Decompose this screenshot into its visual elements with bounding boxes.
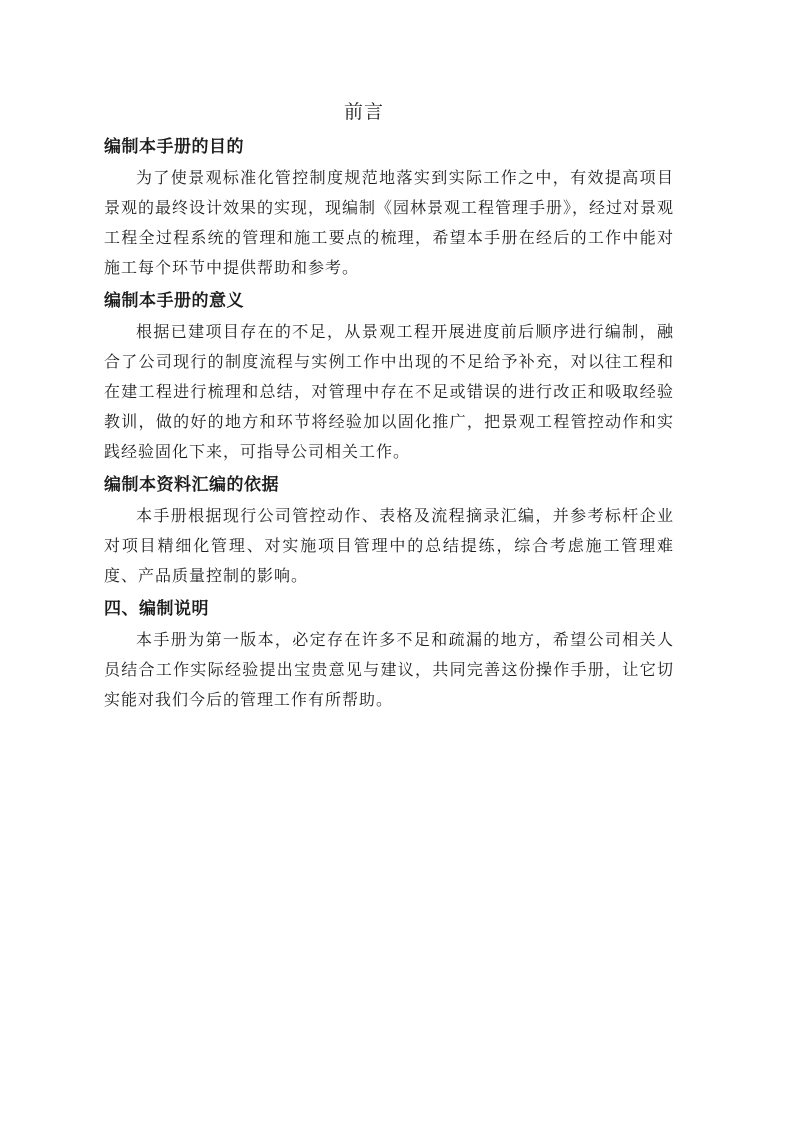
section-notes: 四、编制说明 本手册为第一版本，必定存在许多不足和疏漏的地方，希望公司相关人员结…: [104, 594, 674, 716]
document-title: 前言: [79, 98, 649, 128]
section-purpose: 编制本手册的目的 为了使景观标准化管控制度规范地落实到实际工作之中，有效提高项目…: [104, 132, 674, 284]
section-heading-notes: 四、编制说明: [104, 594, 674, 624]
section-heading-significance: 编制本手册的意义: [104, 286, 674, 316]
section-body-significance: 根据已建项目存在的不足，从景观工程开展进度前后顺序进行编制，融合了公司现行的制度…: [104, 318, 674, 468]
document-page: 前言 编制本手册的目的 为了使景观标准化管控制度规范地落实到实际工作之中，有效提…: [0, 0, 793, 1122]
section-body-notes: 本手册为第一版本，必定存在许多不足和疏漏的地方，希望公司相关人员结合工作实际经验…: [104, 626, 674, 716]
section-body-basis: 本手册根据现行公司管控动作、表格及流程摘录汇编，并参考标杆企业对项目精细化管理、…: [104, 502, 674, 592]
section-basis: 编制本资料汇编的依据 本手册根据现行公司管控动作、表格及流程摘录汇编，并参考标杆…: [104, 470, 674, 592]
section-significance: 编制本手册的意义 根据已建项目存在的不足，从景观工程开展进度前后顺序进行编制，融…: [104, 286, 674, 468]
document-content: 前言 编制本手册的目的 为了使景观标准化管控制度规范地落实到实际工作之中，有效提…: [104, 98, 674, 716]
section-heading-basis: 编制本资料汇编的依据: [104, 470, 674, 500]
section-body-purpose: 为了使景观标准化管控制度规范地落实到实际工作之中，有效提高项目景观的最终设计效果…: [104, 164, 674, 284]
section-heading-purpose: 编制本手册的目的: [104, 132, 674, 162]
